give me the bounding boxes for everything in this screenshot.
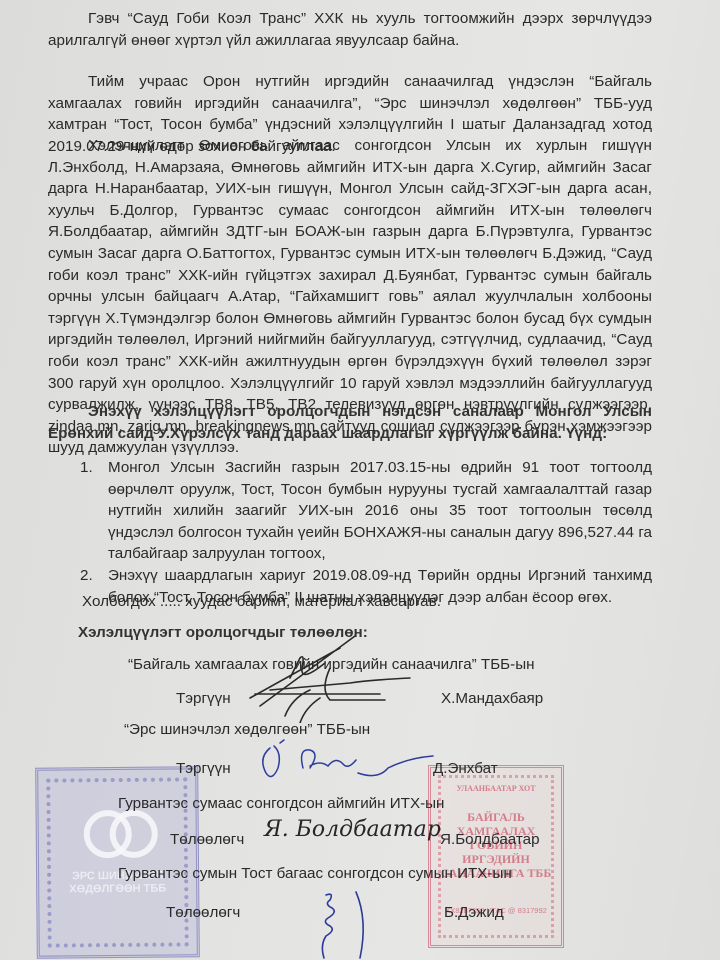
- signatory-org: Гурвантэс сумын Тост багаас сонгогдсон с…: [118, 863, 512, 885]
- attachment-note: Холбогдох ..... хуудас баримт, материал …: [82, 591, 441, 613]
- demand-item: 1. Монгол Улсын Засгийн газрын 2017.03.1…: [80, 457, 652, 565]
- svg-text:Я. Болдбаатар: Я. Болдбаатар: [263, 817, 441, 842]
- demand-number: 1.: [80, 457, 93, 479]
- signatory-org: Гурвантэс сумаас сонгогдсон аймгийн ИТХ-…: [118, 793, 444, 815]
- signatory-role: Төлөөлөгч: [170, 829, 244, 851]
- signature-boldbaatar[interactable]: Я. Болдбаатар: [262, 810, 442, 850]
- scanned-letter-page: Гэвч “Сауд Гоби Коэл Транс” ХХК нь хууль…: [0, 0, 720, 960]
- signatory-name: Д.Энхбат: [433, 758, 498, 780]
- demands-list: 1. Монгол Улсын Засгийн газрын 2017.03.1…: [80, 457, 652, 608]
- signatory-role: Тэргүүн: [176, 758, 231, 780]
- interlocked-rings-emblem: [84, 810, 154, 851]
- signatory-role: Тэргүүн: [176, 688, 231, 710]
- signature-dejid: [312, 890, 372, 960]
- signatory-org: “Байгаль хамгаалах говийн иргэдийн санаа…: [128, 654, 535, 676]
- signatory-name: Я.Болдбаатар: [440, 829, 540, 851]
- red-stamp-city: УЛААНБААТАР ХОТ: [435, 784, 557, 793]
- signatory-org: “Эрс шинэчлэл хөдөлгөөн” ТББ-ын: [124, 719, 370, 741]
- demand-text: Монгол Улсын Засгийн газрын 2017.03.15-н…: [108, 459, 652, 562]
- signatory-role: Төлөөлөгч: [166, 902, 240, 924]
- paragraph-violations: Гэвч “Сауд Гоби Коэл Транс” ХХК нь хууль…: [48, 8, 652, 51]
- demand-number: 2.: [80, 565, 93, 587]
- signatory-name: Б.Дэжид: [444, 902, 504, 924]
- signatory-name: Х.Мандахбаяр: [441, 688, 543, 710]
- paragraph-demand-intro: Энэхүү хэлэлцүүлэгт оролцогчдын нэгдсэн …: [48, 401, 652, 444]
- signature-enkhbat: [248, 738, 438, 788]
- signatories-heading: Хэлэлцүүлэгт оролцогчдыг төлөөлөн:: [78, 622, 368, 644]
